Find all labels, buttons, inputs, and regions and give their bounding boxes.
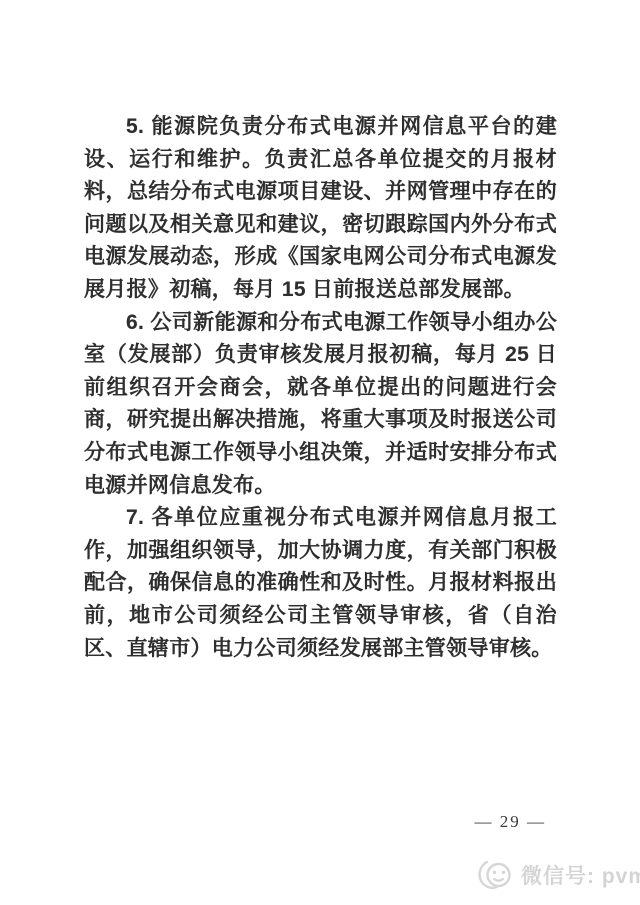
- document-page: 5. 能源院负责分布式电源并网信息平台的建设、运行和维护。负责汇总各单位提交的月…: [0, 0, 640, 905]
- page-number: — 29 —: [475, 812, 547, 832]
- paragraph-item-7: 7. 各单位应重视分布式电源并网信息月报工作，加强组织领导，加大协调力度，有关部…: [84, 502, 557, 665]
- paragraph-item-6: 6. 公司新能源和分布式电源工作领导小组办公室（发展部）负责审核发展月报初稿，每…: [84, 307, 557, 503]
- watermark-text: 微信号: pvmeng: [521, 860, 640, 890]
- watermark: 微信号: pvmeng: [476, 858, 640, 892]
- document-text-block: 5. 能源院负责分布式电源并网信息平台的建设、运行和维护。负责汇总各单位提交的月…: [84, 111, 557, 665]
- paragraph-item-5: 5. 能源院负责分布式电源并网信息平台的建设、运行和维护。负责汇总各单位提交的月…: [84, 111, 557, 307]
- moon-face-icon: [476, 858, 514, 892]
